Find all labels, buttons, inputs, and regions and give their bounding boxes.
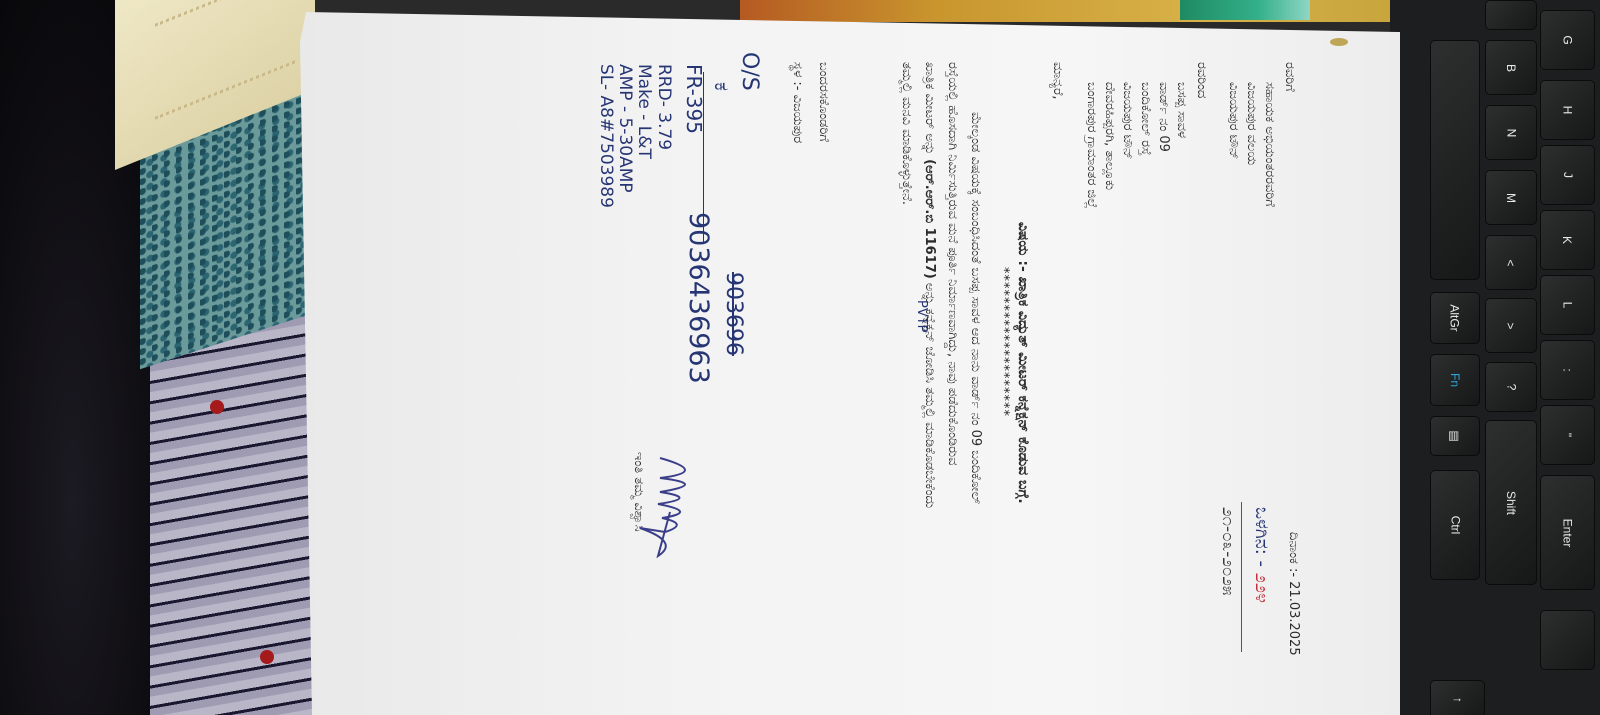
- key-shift[interactable]: Shift: [1485, 420, 1537, 585]
- key-space[interactable]: [1430, 40, 1480, 280]
- key-arrow[interactable]: [1540, 610, 1595, 670]
- key-fn[interactable]: Fn: [1430, 354, 1480, 406]
- place: ಸ್ಥಳ :- ವಿಜಯಪುರ: [791, 62, 804, 143]
- key-arrow-up[interactable]: ↑: [1430, 680, 1485, 715]
- recipient-line-3: ವಿಜಯಪುರ ಟೌನ್: [1227, 82, 1240, 159]
- cc-label: ಬಂದರಸಕೊಂಡರಿಗೆ: [817, 62, 830, 142]
- body-line-4: ತಮ್ಮಲ್ಲಿ ಮನವಿ ಮಾಡಿಕೊಳ್ಳುತ್ತೇನೆ.: [900, 62, 913, 205]
- note-serial: SL- A8#7503989: [597, 64, 614, 208]
- sender-line-6: ಬಂಗಾರಪುರ ಗ್ರಾಮಾಂತರ ಜಿಲ್ಲೆ: [1085, 82, 1098, 209]
- note-phone-struck: 903696: [722, 272, 744, 356]
- recipient-line-2: ವಿಜಯಪುರ ವಲಯ: [1245, 82, 1258, 165]
- separator: ********************: [997, 267, 1010, 417]
- note-rrd: RRD- 3.79: [655, 64, 672, 150]
- sender-line-3: ಬಂದಿಕೋಲ್ ರಸ್ತೆ: [1139, 82, 1152, 156]
- key-quote[interactable]: ": [1540, 405, 1595, 465]
- sender-line-2: ವಾರ್ಡ್ ನಂ 09: [1157, 82, 1170, 152]
- note-initial: ಕ: [712, 82, 732, 91]
- stamp-divider: [1241, 502, 1242, 652]
- key-g[interactable]: G: [1540, 10, 1595, 70]
- red-dot: [260, 650, 274, 664]
- body-line-1: ಮೇಲ್ಕಂಡ ವಿಷಯಕ್ಕೆ ಸಂಬಂಧಿಸಿದಂತೆ ಬಸಪ್ಪ ಸಾವಳ…: [969, 112, 982, 504]
- salutation: ಮಾನ್ಯರೆ,: [1051, 62, 1064, 100]
- handwritten-insert: PVTP: [915, 300, 928, 333]
- subject-line: ವಿಷಯ :- ಖಾತ್ರಿಕ ವಿದ್ಯುತ್ ಮೀಟರ್ ಕನ್ನೆಕ್ಷನ…: [1016, 222, 1030, 504]
- key-ctrl[interactable]: Ctrl: [1430, 470, 1480, 580]
- key-j[interactable]: J: [1540, 145, 1595, 205]
- key-v[interactable]: [1485, 0, 1537, 30]
- red-dot: [210, 400, 224, 414]
- key-enter[interactable]: Enter: [1540, 475, 1595, 590]
- sender-line-1: ಬಸಪ್ಪ ಸಾವಳ: [1175, 82, 1188, 138]
- punch-hole: [1330, 38, 1348, 46]
- note-os: O/S: [738, 52, 760, 91]
- body-line-2: ರಸ್ತೆಯಲ್ಲಿ ಹೊಸದಾಗಿ ನಿರ್ಮಿಸುತ್ತಿರುವ ಮನೆ ಪ…: [946, 62, 959, 466]
- key-k[interactable]: K: [1540, 210, 1595, 270]
- note-amp: AMP - 5-30AMP: [616, 64, 633, 193]
- key-b[interactable]: B: [1485, 40, 1537, 95]
- note-make: Make - L&T: [635, 64, 652, 159]
- signature: [630, 452, 720, 562]
- sender-line-5: ದೇವರಹಿಪ್ಪರಗಿ, ತಾಲ್ಲೂಕು: [1103, 82, 1116, 190]
- key-period[interactable]: >: [1485, 298, 1537, 353]
- letter-date: ದಿನಾಂಕ :- 21.03.2025: [1287, 532, 1300, 656]
- note-fr: FR-395: [684, 64, 704, 134]
- key-m[interactable]: M: [1485, 170, 1537, 225]
- key-n[interactable]: N: [1485, 105, 1537, 160]
- body-line-3: ಖಾತ್ರಿಕ ಮೀಟರ್ ಅನ್ನು (ಆರ್.ಆರ್.ಬಿ 11617) ಅ…: [923, 62, 936, 508]
- background-green-object: [1180, 0, 1310, 20]
- recipient-line-1: ಸಹಾಯಕ ಅಭಿಯಂತರರವರಿಗೆ: [1263, 82, 1276, 207]
- letter-content: ದಿನಾಂಕ :- 21.03.2025 ರವರಿಗೆ ಸಹಾಯಕ ಅಭಿಯಂತ…: [300, 52, 1300, 712]
- note-phone: 9036436963: [685, 212, 712, 384]
- key-altgr[interactable]: AltGr: [1430, 292, 1480, 344]
- key-l[interactable]: L: [1540, 275, 1595, 335]
- inward-stamp: ಒಳಗಿನ: - ೨೨೪: [1252, 507, 1270, 603]
- keyboard: G H J K L : " Enter B N M < > ? Shift Al…: [1390, 0, 1600, 715]
- to-label: ರವರಿಗೆ: [1283, 62, 1296, 92]
- inward-date: ೨೧-೦೩-೨೦೨೫: [1219, 507, 1236, 595]
- key-slash[interactable]: ?: [1485, 362, 1537, 412]
- key-h[interactable]: H: [1540, 80, 1595, 140]
- key-colon[interactable]: :: [1540, 340, 1595, 400]
- key-menu[interactable]: ▤: [1430, 416, 1480, 456]
- from-label: ರವರಿಂದ: [1195, 62, 1208, 98]
- key-comma[interactable]: <: [1485, 235, 1537, 290]
- sender-line-4: ವಿಜಯಪುರ ಟೌನ್: [1121, 82, 1134, 159]
